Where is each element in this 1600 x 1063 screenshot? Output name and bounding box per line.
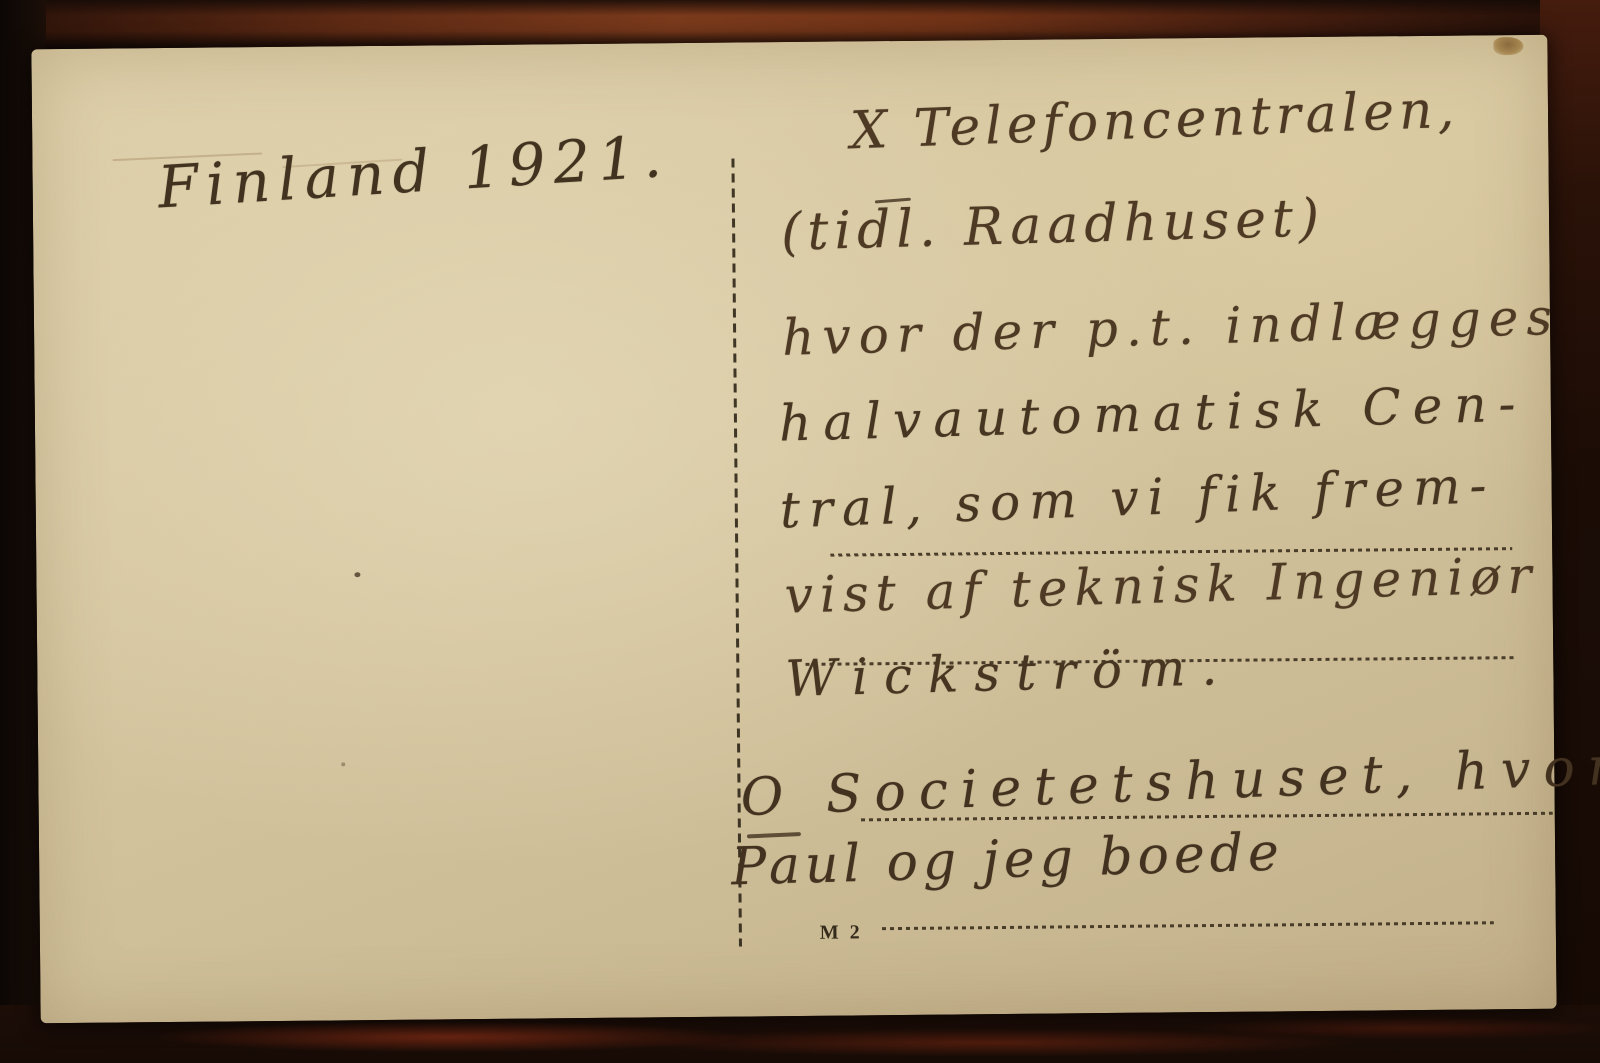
- ink-speck: [354, 572, 360, 577]
- postcard-back: Finland 1921. X Telefoncentralen, (tidl.…: [31, 35, 1556, 1024]
- handwriting-line: tral, som vi fik frem-: [779, 456, 1496, 540]
- postcard-divider-line: [731, 159, 742, 947]
- handwriting-line: halvautomatisk Cen-: [778, 374, 1528, 452]
- ink-speck: [341, 762, 345, 766]
- handwriting-line: X Telefoncentralen,: [849, 80, 1460, 162]
- printer-mark: M 2: [820, 921, 863, 944]
- handwriting-line: hvor der p.t. indlægges: [781, 288, 1560, 367]
- address-dotted-line: [882, 921, 1494, 930]
- corner-damage-chip: [1493, 37, 1523, 55]
- handwriting-line: vist af teknisk Ingeniør: [784, 546, 1539, 624]
- handwriting-line: Paul og jeg boede: [730, 823, 1284, 898]
- handwriting-line: (tidl. Raadhuset): [780, 188, 1325, 263]
- handwriting-line: Wickström.: [785, 638, 1234, 708]
- handwriting-date-annotation: Finland 1921.: [156, 122, 671, 222]
